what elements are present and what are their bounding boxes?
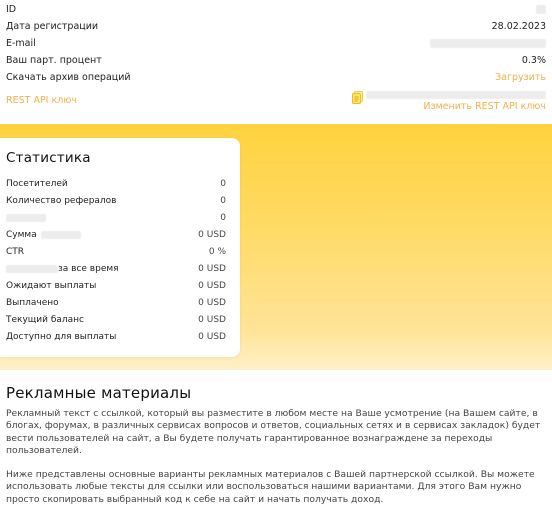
- change-api-key-link[interactable]: Изменить REST API ключ: [423, 101, 546, 112]
- rest-api-label: REST API ключ: [6, 95, 77, 106]
- stat-value: 0 %: [209, 247, 226, 257]
- promo-title: Рекламные материалы: [6, 384, 548, 402]
- stat-label: Выплачено: [6, 298, 59, 308]
- api-key-value-redacted: [366, 91, 546, 99]
- id-value-redacted: [536, 5, 546, 14]
- stats-card: Статистика Посетителей 0 Количество рефе…: [0, 138, 240, 357]
- id-row: ID: [6, 1, 546, 17]
- percent-row: Ваш парт. процент 0.3%: [6, 52, 546, 68]
- stat-label-redacted: [41, 231, 81, 239]
- stat-row-earned-total: за все время 0 USD: [6, 261, 226, 277]
- reg-date-label: Дата регистрации: [6, 21, 98, 32]
- stat-label-redacted: [6, 265, 58, 273]
- stat-value: 0: [220, 196, 226, 206]
- stat-label: Посетителей: [6, 179, 68, 189]
- stat-value: 0: [220, 179, 226, 189]
- stat-row-available: Доступно для выплаты 0 USD: [6, 329, 226, 345]
- api-key-box: Изменить REST API ключ: [352, 88, 546, 118]
- promo-section: Рекламные материалы Рекламный текст с сс…: [6, 384, 548, 515]
- stat-value: 0 USD: [198, 264, 226, 274]
- stat-label: Ожидают выплаты: [6, 281, 96, 291]
- download-archive-link[interactable]: Загрузить: [495, 72, 546, 83]
- stat-row-paid: Выплачено 0 USD: [6, 295, 226, 311]
- stat-value: 0: [220, 213, 226, 223]
- stat-row-sum: Сумма 0 USD: [6, 227, 226, 243]
- stat-row-redacted: 0: [6, 210, 226, 226]
- stat-label: Доступно для выплаты: [6, 332, 116, 342]
- email-row: E-mail: [6, 35, 546, 51]
- email-label: E-mail: [6, 38, 36, 49]
- reg-date-row: Дата регистрации 28.02.2023: [6, 18, 546, 34]
- stat-row-visitors: Посетителей 0: [6, 176, 226, 192]
- stat-label: Сумма: [6, 230, 81, 240]
- promo-paragraph: Рекламный текст с ссылкой, который вы ра…: [6, 408, 548, 457]
- stat-row-balance: Текущий баланс 0 USD: [6, 312, 226, 328]
- stat-value: 0 USD: [198, 298, 226, 308]
- stats-panel: Статистика Посетителей 0 Количество рефе…: [0, 124, 552, 370]
- stats-title: Статистика: [6, 150, 91, 166]
- reg-date-value: 28.02.2023: [492, 21, 546, 32]
- stat-label-text: за все время: [58, 264, 119, 274]
- stat-label: CTR: [6, 247, 24, 257]
- stat-value: 0 USD: [198, 315, 226, 325]
- stat-row-pending: Ожидают выплаты 0 USD: [6, 278, 226, 294]
- stat-label: Текущий баланс: [6, 315, 84, 325]
- stat-row-referrals: Количество рефералов 0: [6, 193, 226, 209]
- promo-paragraph: Ниже представлены основные варианты рекл…: [6, 469, 548, 506]
- copy-icon[interactable]: [352, 89, 363, 102]
- stat-row-ctr: CTR 0 %: [6, 244, 226, 260]
- archive-row: Скачать архив операций Загрузить: [6, 69, 546, 85]
- stat-value: 0 USD: [198, 230, 226, 240]
- id-label: ID: [6, 4, 16, 15]
- percent-label: Ваш парт. процент: [6, 55, 102, 66]
- stat-label: Количество рефералов: [6, 196, 117, 206]
- percent-value: 0.3%: [522, 55, 546, 66]
- archive-label: Скачать архив операций: [6, 72, 131, 83]
- stat-value: 0 USD: [198, 281, 226, 291]
- stat-value: 0 USD: [198, 332, 226, 342]
- stat-label-redacted: [6, 214, 46, 222]
- stat-label: за все время: [6, 264, 119, 274]
- stat-label-text: Сумма: [6, 230, 37, 240]
- email-value-redacted: [430, 39, 546, 48]
